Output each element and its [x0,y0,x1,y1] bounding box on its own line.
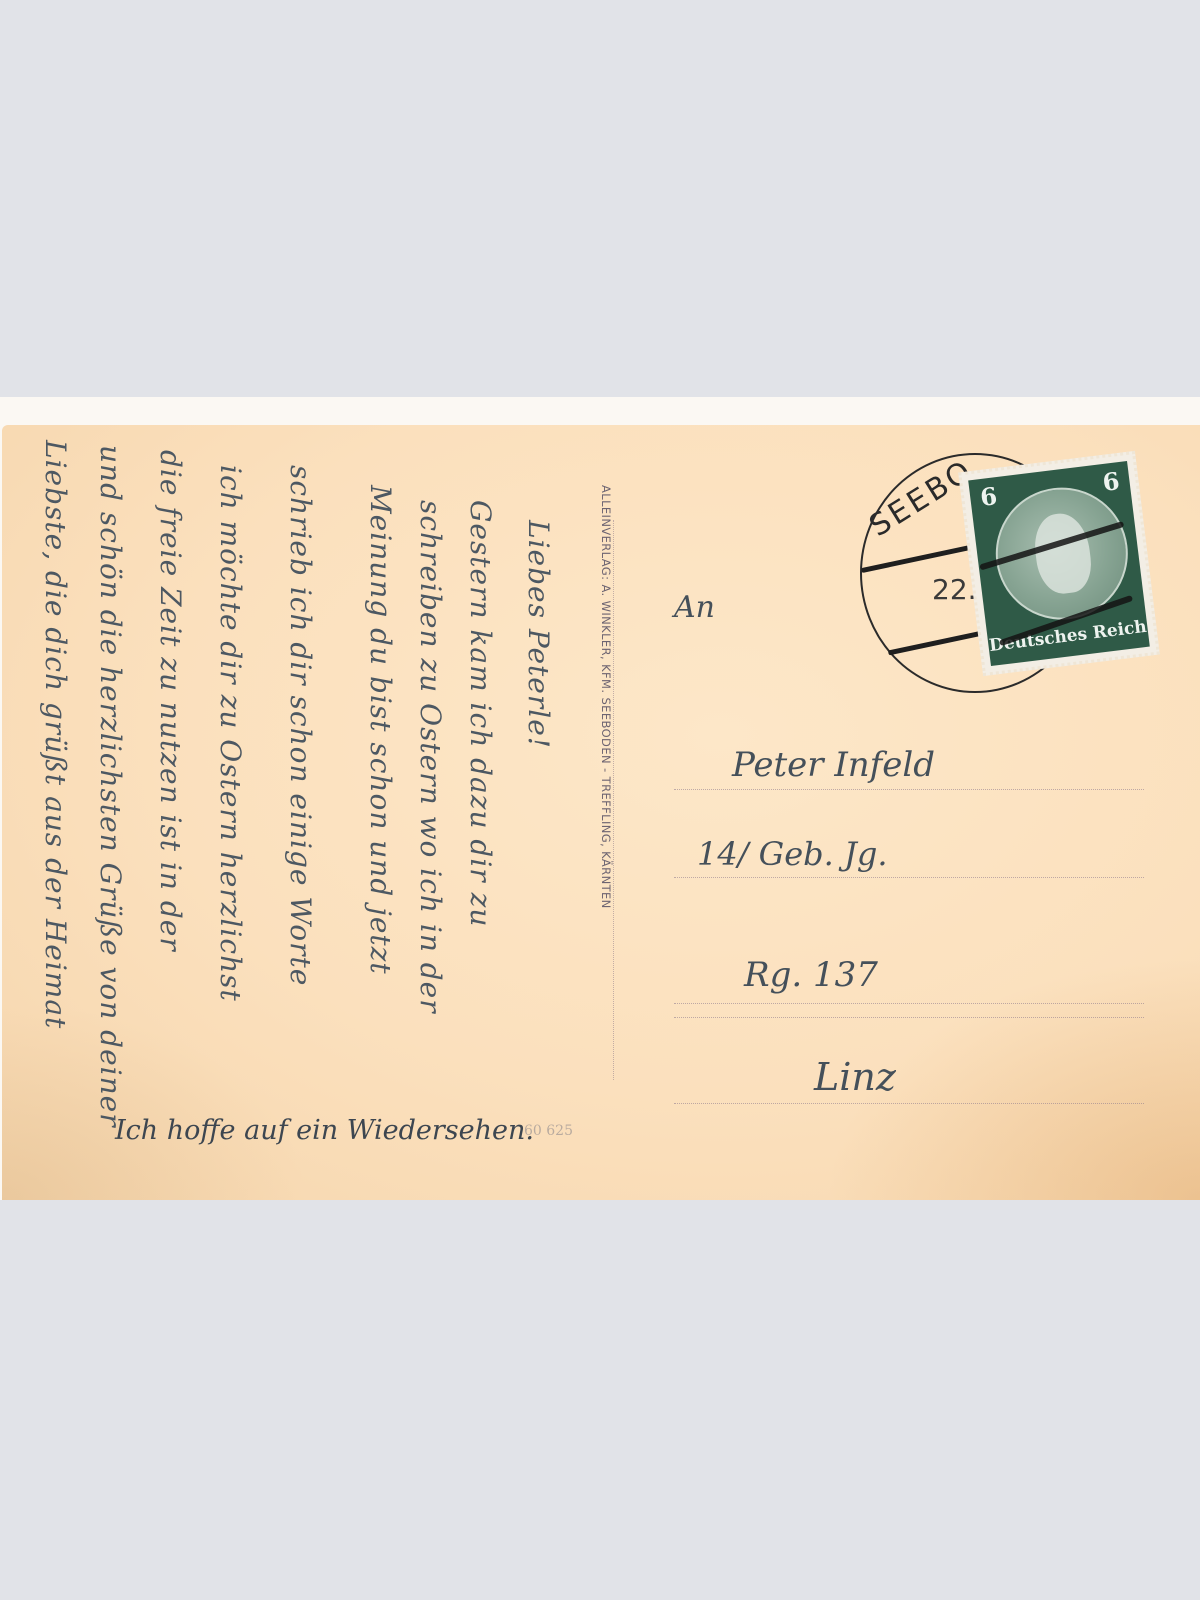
address-line [674,1017,1144,1018]
message-line: und schön die herzlichsten Grüße von dei… [94,445,127,1128]
address-line [674,1103,1144,1104]
publisher-imprint: ALLEINVERLAG: A. WINKLER, KFM. SEEBODEN … [599,485,613,1125]
message-line: Meinung du bist schon und jetzt [364,485,397,975]
recipient-unit: 14/ Geb. Jg. [697,835,887,873]
stamp-frame: 6 6 Deutsches Reich [968,461,1150,666]
recipient-city: Linz [814,1055,896,1099]
postcard-back: ALLEINVERLAG: A. WINKLER, KFM. SEEBODEN … [2,425,1200,1200]
message-greeting: Liebes Peterle! [522,520,555,749]
message-line: schrieb ich dir schon einige Worte [284,465,317,986]
address-line [674,1003,1144,1004]
message-line: Liebste, die dich grüßt aus der Heimat [39,440,72,1029]
stamp-value-right: 6 [1101,466,1121,497]
message-line: die freie Zeit zu nutzen ist in der [154,450,187,952]
stamp-value-left: 6 [979,481,999,512]
address-salutation: An [674,590,715,625]
address-line [674,877,1144,878]
address-line [674,789,1144,790]
postage-stamp: 6 6 Deutsches Reich [958,451,1160,676]
message-line: Gestern kam ich dazu dir zu [464,500,497,927]
recipient-regiment: Rg. 137 [744,955,878,995]
recipient-name: Peter Infeld [732,745,935,785]
postmark-date: 22. [932,573,977,606]
message-closing: Ich hoffe auf ein Wiedersehen. [115,1115,534,1146]
message-line: ich möchte dir zu Ostern herzlichst [214,465,247,1002]
divider-line [613,520,614,1080]
message-line: schreiben zu Ostern wo ich in der [414,500,447,1014]
portrait-icon [1031,510,1094,596]
